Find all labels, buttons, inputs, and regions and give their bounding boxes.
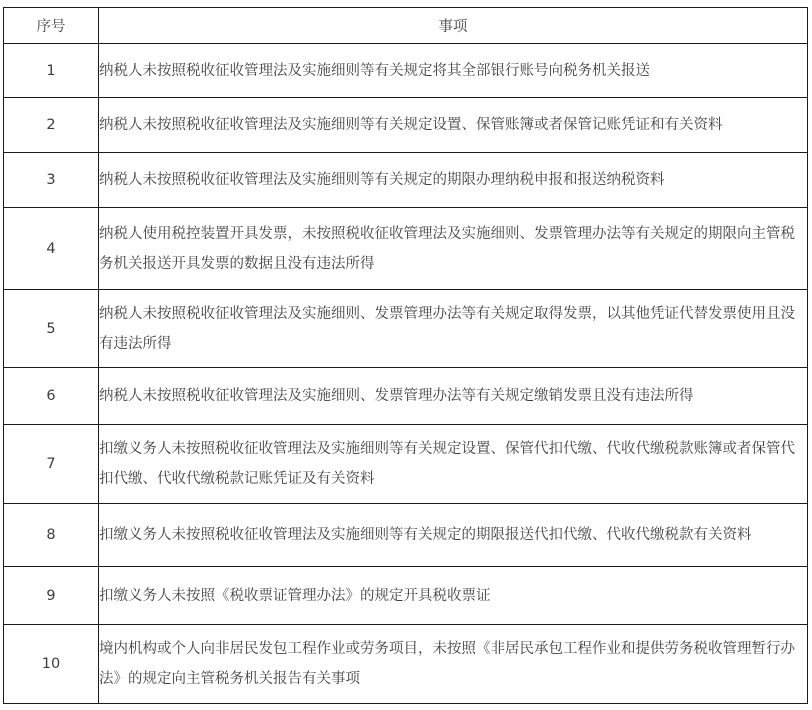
table-row: 1 纳税人未按照税收征收管理法及实施细则等有关规定将其全部银行账号向税务机关报送 [4,44,808,98]
table-row: 8 扣缴义务人未按照税收征收管理法及实施细则等有关规定的期限报送代扣代缴、代收代… [4,504,808,567]
row-number: 5 [4,290,99,368]
row-item: 扣缴义务人未按照税收征收管理法及实施细则等有关规定的期限报送代扣代缴、代收代缴税… [99,504,808,567]
table-row: 9 扣缴义务人未按照《税收票证管理办法》的规定开具税收票证 [4,567,808,625]
row-number: 10 [4,625,99,704]
row-item: 境内机构或个人向非居民发包工程作业或劳务项目，未按照《非居民承包工程作业和提供劳… [99,625,808,704]
row-number: 1 [4,44,99,98]
table-row: 5 纳税人未按照税收征收管理法及实施细则、发票管理办法等有关规定取得发票，以其他… [4,290,808,368]
row-number: 9 [4,567,99,625]
header-number: 序号 [4,8,99,44]
row-number: 8 [4,504,99,567]
row-item: 纳税人未按照税收征收管理法及实施细则等有关规定将其全部银行账号向税务机关报送 [99,44,808,98]
table-row: 6 纳税人未按照税收征收管理法及实施细则、发票管理办法等有关规定缴销发票且没有违… [4,368,808,425]
row-item: 纳税人使用税控装置开具发票，未按照税收征收管理法及实施细则、发票管理办法等有关规… [99,208,808,290]
table-row: 3 纳税人未按照税收征收管理法及实施细则等有关规定的期限办理纳税申报和报送纳税资… [4,153,808,208]
table-row: 10 境内机构或个人向非居民发包工程作业或劳务项目，未按照《非居民承包工程作业和… [4,625,808,704]
table-row: 7 扣缴义务人未按照税收征收管理法及实施细则等有关规定设置、保管代扣代缴、代收代… [4,425,808,504]
row-number: 2 [4,98,99,153]
header-item: 事项 [99,8,808,44]
row-item: 纳税人未按照税收征收管理法及实施细则、发票管理办法等有关规定取得发票，以其他凭证… [99,290,808,368]
table-row: 4 纳税人使用税控装置开具发票，未按照税收征收管理法及实施细则、发票管理办法等有… [4,208,808,290]
row-item: 扣缴义务人未按照税收征收管理法及实施细则等有关规定设置、保管代扣代缴、代收代缴税… [99,425,808,504]
items-table: 序号 事项 1 纳税人未按照税收征收管理法及实施细则等有关规定将其全部银行账号向… [3,7,808,704]
row-item: 纳税人未按照税收征收管理法及实施细则、发票管理办法等有关规定缴销发票且没有违法所… [99,368,808,425]
row-number: 4 [4,208,99,290]
row-item: 纳税人未按照税收征收管理法及实施细则等有关规定设置、保管账簿或者保管记账凭证和有… [99,98,808,153]
row-number: 6 [4,368,99,425]
table-header-row: 序号 事项 [4,8,808,44]
table-row: 2 纳税人未按照税收征收管理法及实施细则等有关规定设置、保管账簿或者保管记账凭证… [4,98,808,153]
row-item: 纳税人未按照税收征收管理法及实施细则等有关规定的期限办理纳税申报和报送纳税资料 [99,153,808,208]
row-number: 3 [4,153,99,208]
row-item: 扣缴义务人未按照《税收票证管理办法》的规定开具税收票证 [99,567,808,625]
row-number: 7 [4,425,99,504]
